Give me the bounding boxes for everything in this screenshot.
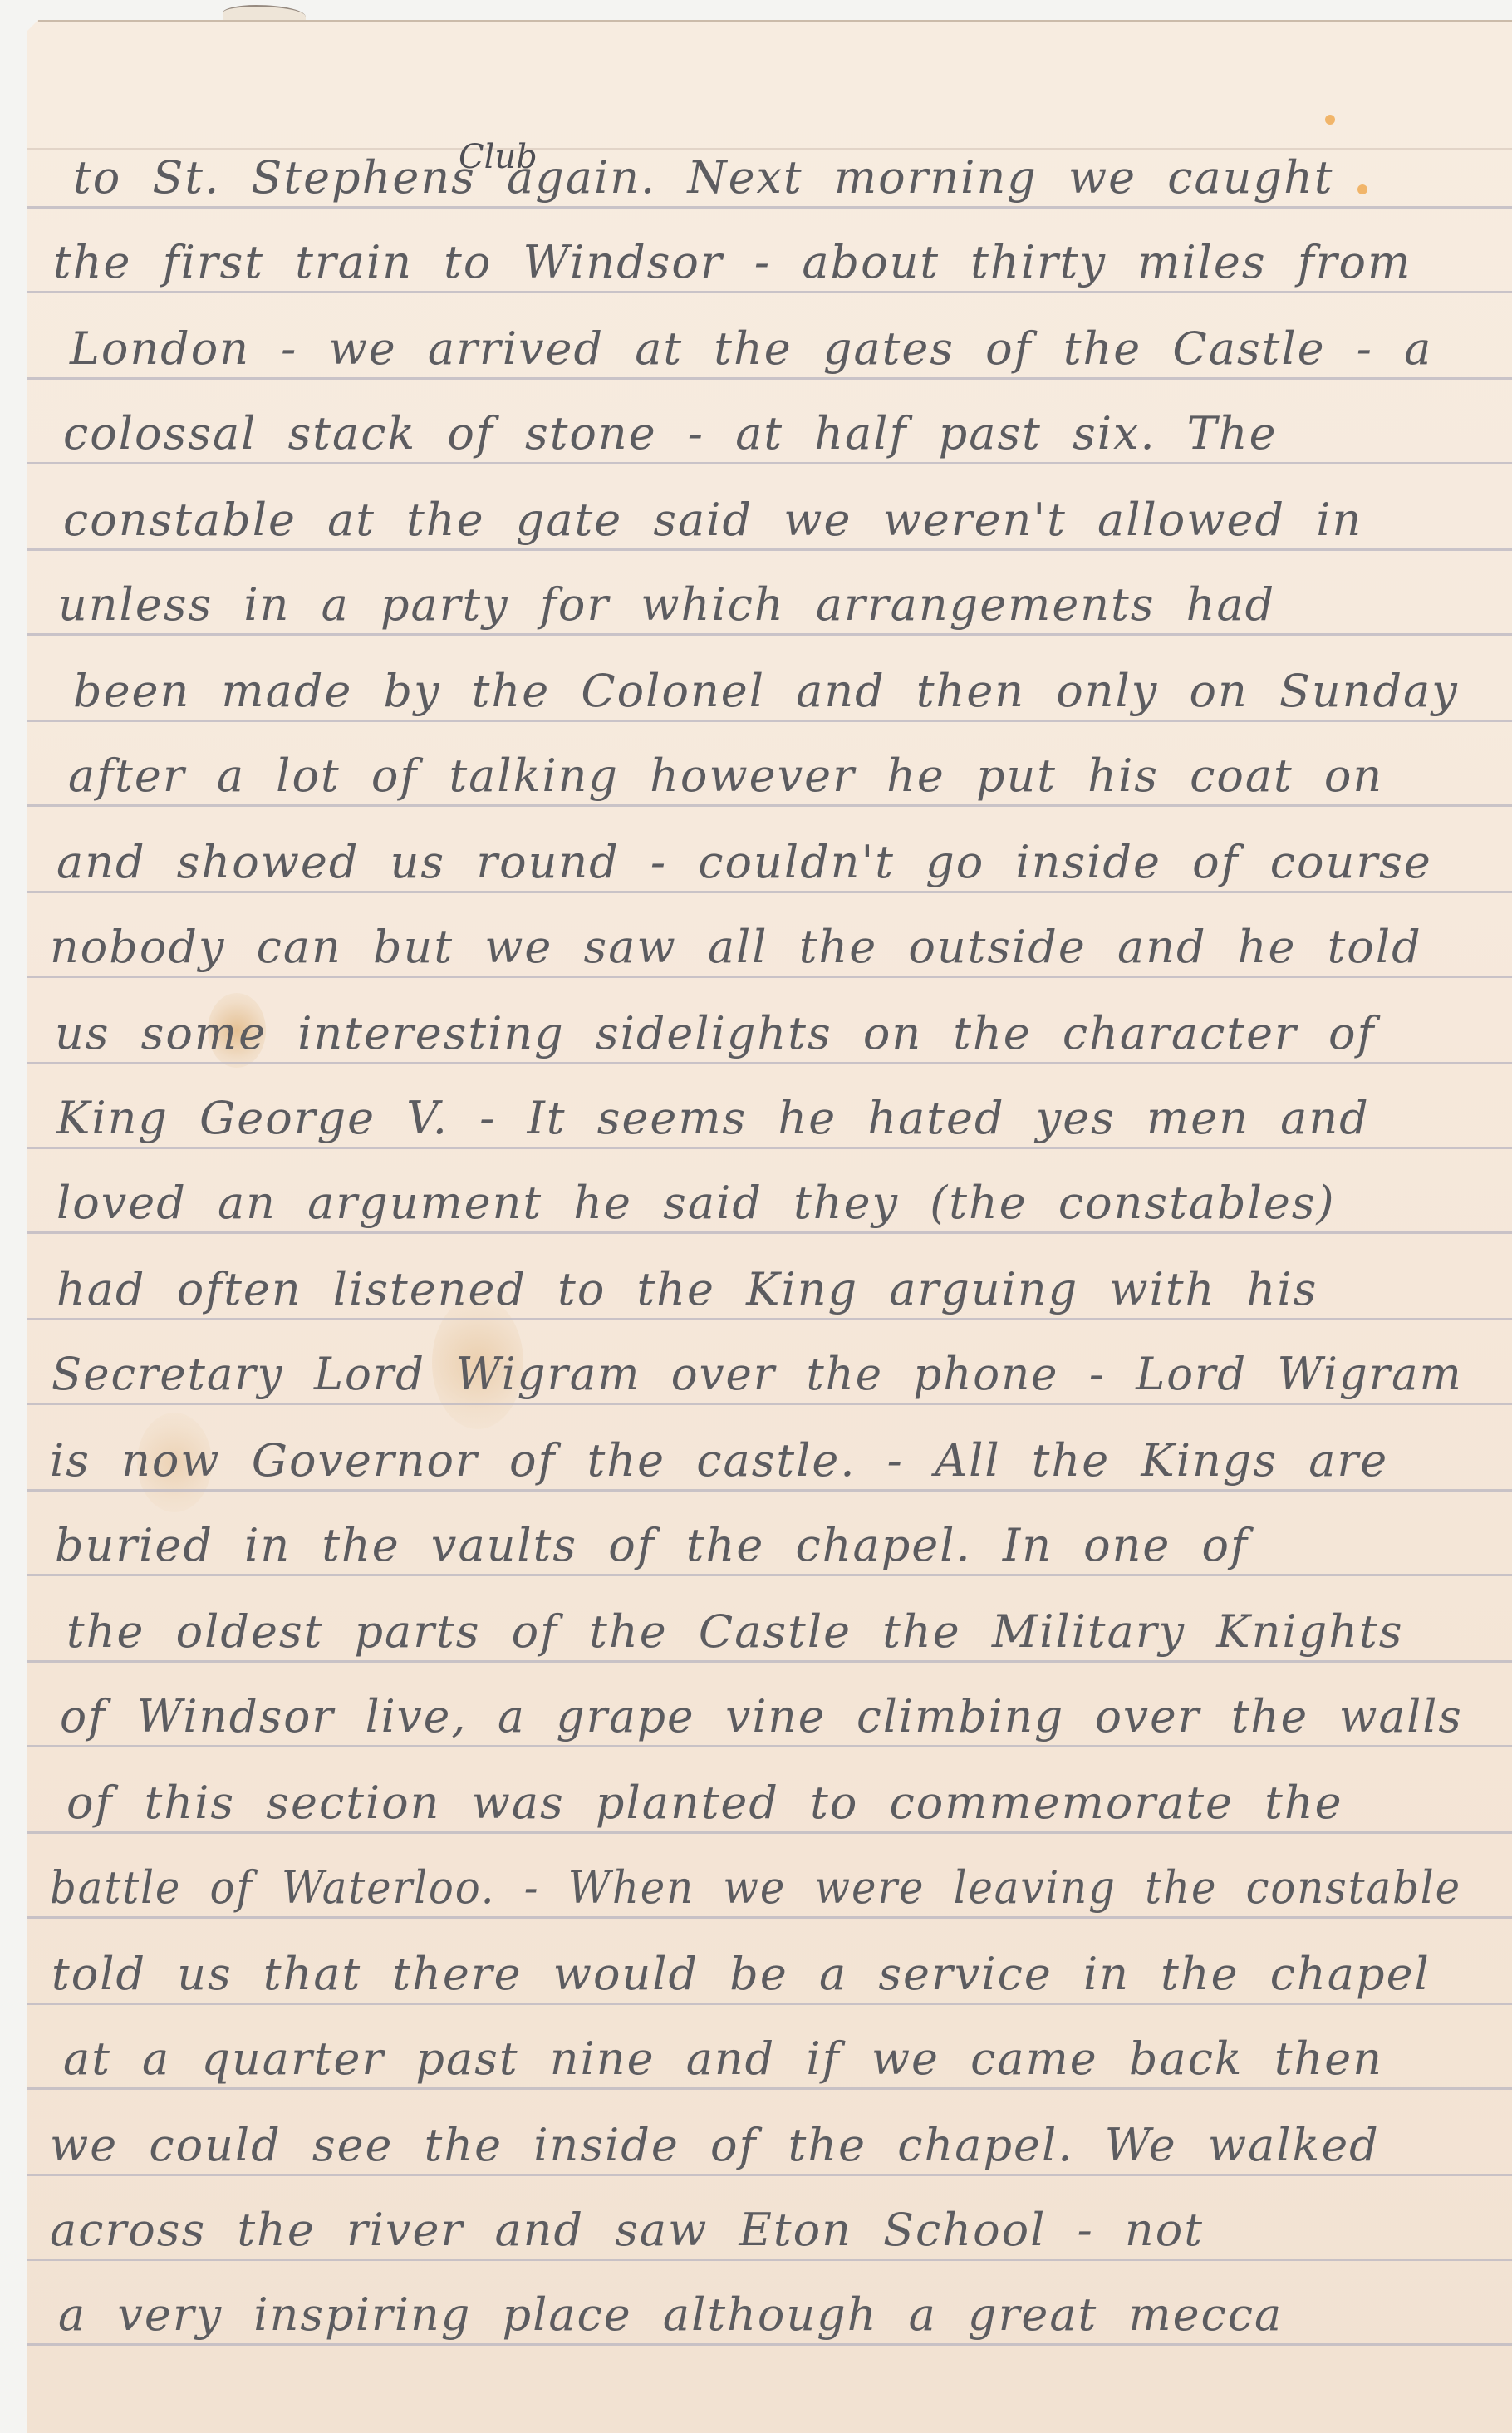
handwritten-line: told us that there would be a service in… [52,1948,1431,2000]
ruled-line [27,1916,1512,1919]
handwritten-line: after a lot of talking however he put hi… [68,750,1383,802]
ruled-line [27,548,1512,551]
ruled-line [27,1745,1512,1747]
ruled-line [27,2259,1512,2261]
handwritten-line: us some interesting sidelights on the ch… [55,1007,1376,1059]
handwritten-line: of Windsor live, a grape vine climbing o… [60,1690,1463,1742]
ruled-line [27,1660,1512,1663]
stain-dot [1357,184,1367,194]
ruled-line [27,2174,1512,2176]
handwritten-line: loved an argument he said they (the cons… [56,1177,1336,1229]
handwritten-line: to St. Stephens again. Next morning we c… [73,151,1334,204]
handwritten-line: is now Governor of the castle. - All the… [50,1434,1388,1487]
handwritten-line: been made by the Colonel and then only o… [73,665,1459,717]
handwritten-line: the oldest parts of the Castle the Milit… [66,1605,1403,1658]
handwritten-line: we could see the inside of the chapel. W… [50,2119,1380,2171]
handwritten-line: and showed us round - couldn't go inside… [56,836,1432,888]
ruled-line [27,720,1512,722]
handwritten-line: at a quarter past nine and if we came ba… [63,2032,1383,2085]
ruled-line [27,1831,1512,1834]
handwritten-line: constable at the gate said we weren't al… [63,494,1362,546]
ruled-line [27,633,1512,636]
handwritten-line: colossal stack of stone - at half past s… [63,407,1278,460]
ruled-line [27,206,1512,209]
ruled-line [27,1489,1512,1492]
ruled-line [27,891,1512,893]
ruled-line [27,1062,1512,1064]
ruled-line [27,1231,1512,1234]
handwritten-line: buried in the vaults of the chapel. In o… [55,1519,1249,1571]
ruled-line [27,2343,1512,2346]
handwritten-line: King George V. - It seems he hated yes m… [56,1092,1370,1144]
handwritten-line: the first train to Windsor - about thirt… [53,236,1411,288]
paper-fold [27,148,1512,150]
handwritten-line: a very inspiring place although a great … [58,2288,1283,2341]
ruled-line [27,976,1512,978]
ruled-line [27,804,1512,807]
ruled-line [27,2003,1512,2005]
ruled-line [27,1403,1512,1405]
ruled-line [27,377,1512,380]
handwritten-line: nobody can but we saw all the outside an… [50,921,1422,973]
stain-dot [1325,115,1335,125]
handwritten-line: London - we arrived at the gates of the … [70,322,1432,375]
handwritten-line: of this section was planted to commemora… [66,1777,1343,1829]
ruled-line [27,1147,1512,1149]
handwritten-line: battle of Waterloo. - When we were leavi… [50,1861,1461,1914]
handwritten-line: Secretary Lord Wigram over the phone - L… [52,1348,1463,1400]
ruled-line [27,291,1512,293]
ruled-line [27,1318,1512,1320]
handwritten-line: unless in a party for which arrangements… [58,578,1275,631]
paper-top-edge [38,20,1512,22]
ruled-line [27,462,1512,464]
handwritten-line: across the river and saw Eton School - n… [50,2204,1204,2256]
ruled-line [27,2087,1512,2090]
ruled-line [27,1574,1512,1576]
handwritten-line: had often listened to the King arguing w… [56,1263,1318,1315]
